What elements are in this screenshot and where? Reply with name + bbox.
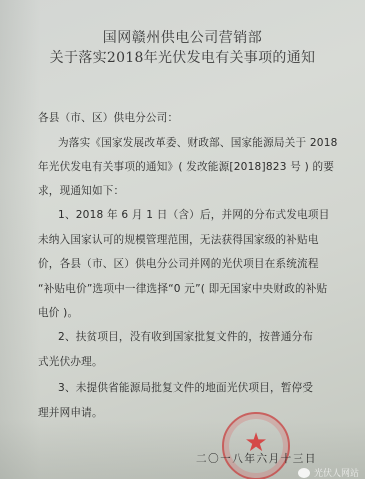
wechat-icon: [298, 468, 310, 478]
body-line: 年光伏发电有关事项的通知》( 发改能源[2018]823 号 ) 的要: [38, 159, 334, 174]
item-1-line: 电价 )。: [38, 305, 78, 320]
item-3-line: 3、未提供省能源局批复文件的地面光伏项目，暂停受: [58, 380, 313, 395]
item-1-line: “补贴电价”选项中一律选择“0 元”( 即无国家中央财政的补贴: [38, 281, 327, 296]
document-title: 关于落实2018年光伏发电有关事项的通知: [0, 47, 365, 67]
item-2-line: 式光伏办理。: [38, 354, 103, 369]
item-2-line: 2、扶贫项目，没有收到国家批复文件的，按普通分布: [58, 329, 313, 344]
item-1-line: 价，各县（市、区）供电分公司并网的光伏项目在系统流程: [38, 256, 319, 271]
official-seal: ★: [222, 412, 290, 479]
document-page: 国网赣州供电公司营销部 关于落实2018年光伏发电有关事项的通知 各县（市、区）…: [0, 0, 365, 479]
paper-shadow-left: [0, 0, 40, 479]
item-1-line: 未纳入国家认可的规模管理范围，无法获得国家级的补贴电: [38, 232, 319, 247]
document-date: 二〇一八年六月十三日: [196, 451, 317, 466]
issuing-organization: 国网赣州供电公司营销部: [0, 27, 365, 47]
item-3-line: 理并网申请。: [38, 405, 103, 420]
item-1-line: 1、2018 年 6 月 1 日（含）后，并网的分布式发电项目: [58, 207, 330, 222]
watermark-text: 光伏人网站: [314, 466, 359, 479]
salutation: 各县（市、区）供电分公司：: [38, 110, 178, 125]
body-line: 为落实《国家发展改革委、财政部、国家能源局关于 2018: [58, 135, 338, 150]
body-line: 求，现通知如下：: [38, 183, 124, 198]
watermark: 光伏人网站: [298, 466, 359, 479]
